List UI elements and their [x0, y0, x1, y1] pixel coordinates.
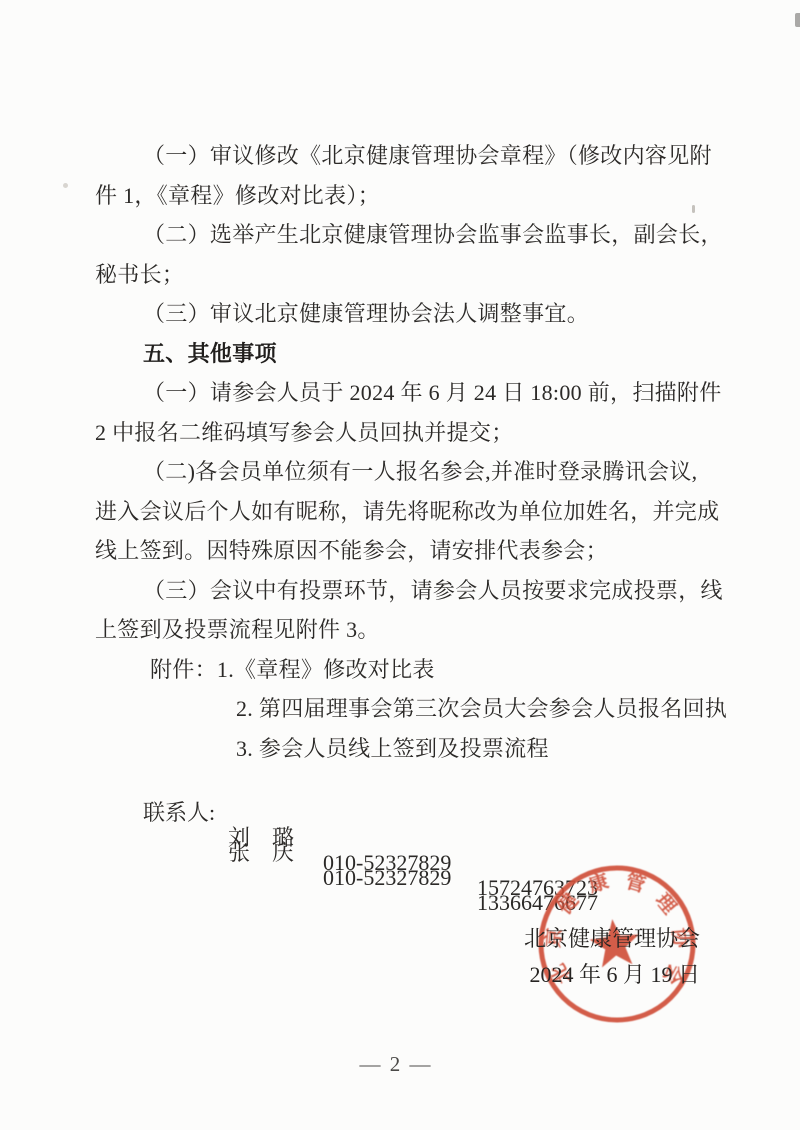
signature-date: 2024 年 6 月 19 日 [529, 962, 700, 987]
svg-text:健: 健 [552, 888, 583, 919]
doc-line: 进入会议后个人如有昵称，请先将昵称改为单位加姓名，并完成 [95, 499, 755, 539]
doc-line: （三）会议中有投票环节，请参会人员按要求完成投票，线 [95, 578, 755, 618]
doc-line: 件 1，《章程》修改对比表）； [95, 183, 755, 223]
doc-line: 秘书长； [95, 262, 755, 302]
scan-artifact [692, 205, 695, 213]
contact-section: 联系人: 刘 璐 010-52327829 15724763723 张 庆 01… [0, 775, 800, 855]
contact-telephone: 010-52327829 [323, 865, 451, 890]
doc-line: 3. 参会人员线上签到及投票流程 [95, 736, 755, 776]
contact-row: 联系人: 刘 璐 010-52327829 15724763723 [0, 775, 800, 815]
contact-name: 张 庆 [228, 840, 294, 865]
doc-line: 2 中报名二维码填写参会人员回执并提交； [95, 420, 755, 460]
contact-row: 张 庆 010-52327829 13366476677 [0, 815, 800, 855]
scanned-document-page: （一）审议修改《北京健康管理协会章程》（修改内容见附件 1，《章程》修改对比表）… [0, 0, 800, 1130]
doc-line: （一）请参会人员于 2024 年 6 月 24 日 18:00 前，扫描附件 [95, 380, 755, 420]
document-body: （一）审议修改《北京健康管理协会章程》（修改内容见附件 1，《章程》修改对比表）… [95, 143, 755, 775]
doc-line: 上签到及投票流程见附件 3。 [95, 617, 755, 657]
doc-line: （二)各会员单位须有一人报名参会,并准时登录腾讯会议, [95, 459, 755, 499]
scan-artifact [63, 183, 68, 188]
doc-line: 线上签到。因特殊原因不能参会，请安排代表参会； [95, 538, 755, 578]
doc-line: 五、其他事项 [95, 341, 755, 381]
doc-line: 附件：1.《章程》修改对比表 [95, 657, 755, 697]
doc-line: （一）审议修改《北京健康管理协会章程》（修改内容见附 [95, 143, 755, 183]
doc-line: 2. 第四届理事会第三次会员大会参会人员报名回执 [95, 696, 755, 736]
scan-artifact [795, 13, 800, 27]
doc-line: （三）审议北京健康管理协会法人调整事宜。 [95, 301, 755, 341]
doc-line: （二）选举产生北京健康管理协会监事会监事长，副会长， [95, 222, 755, 262]
page-number: — 2 — [0, 1052, 792, 1077]
signature-organization: 北京健康管理协会 [524, 926, 700, 951]
